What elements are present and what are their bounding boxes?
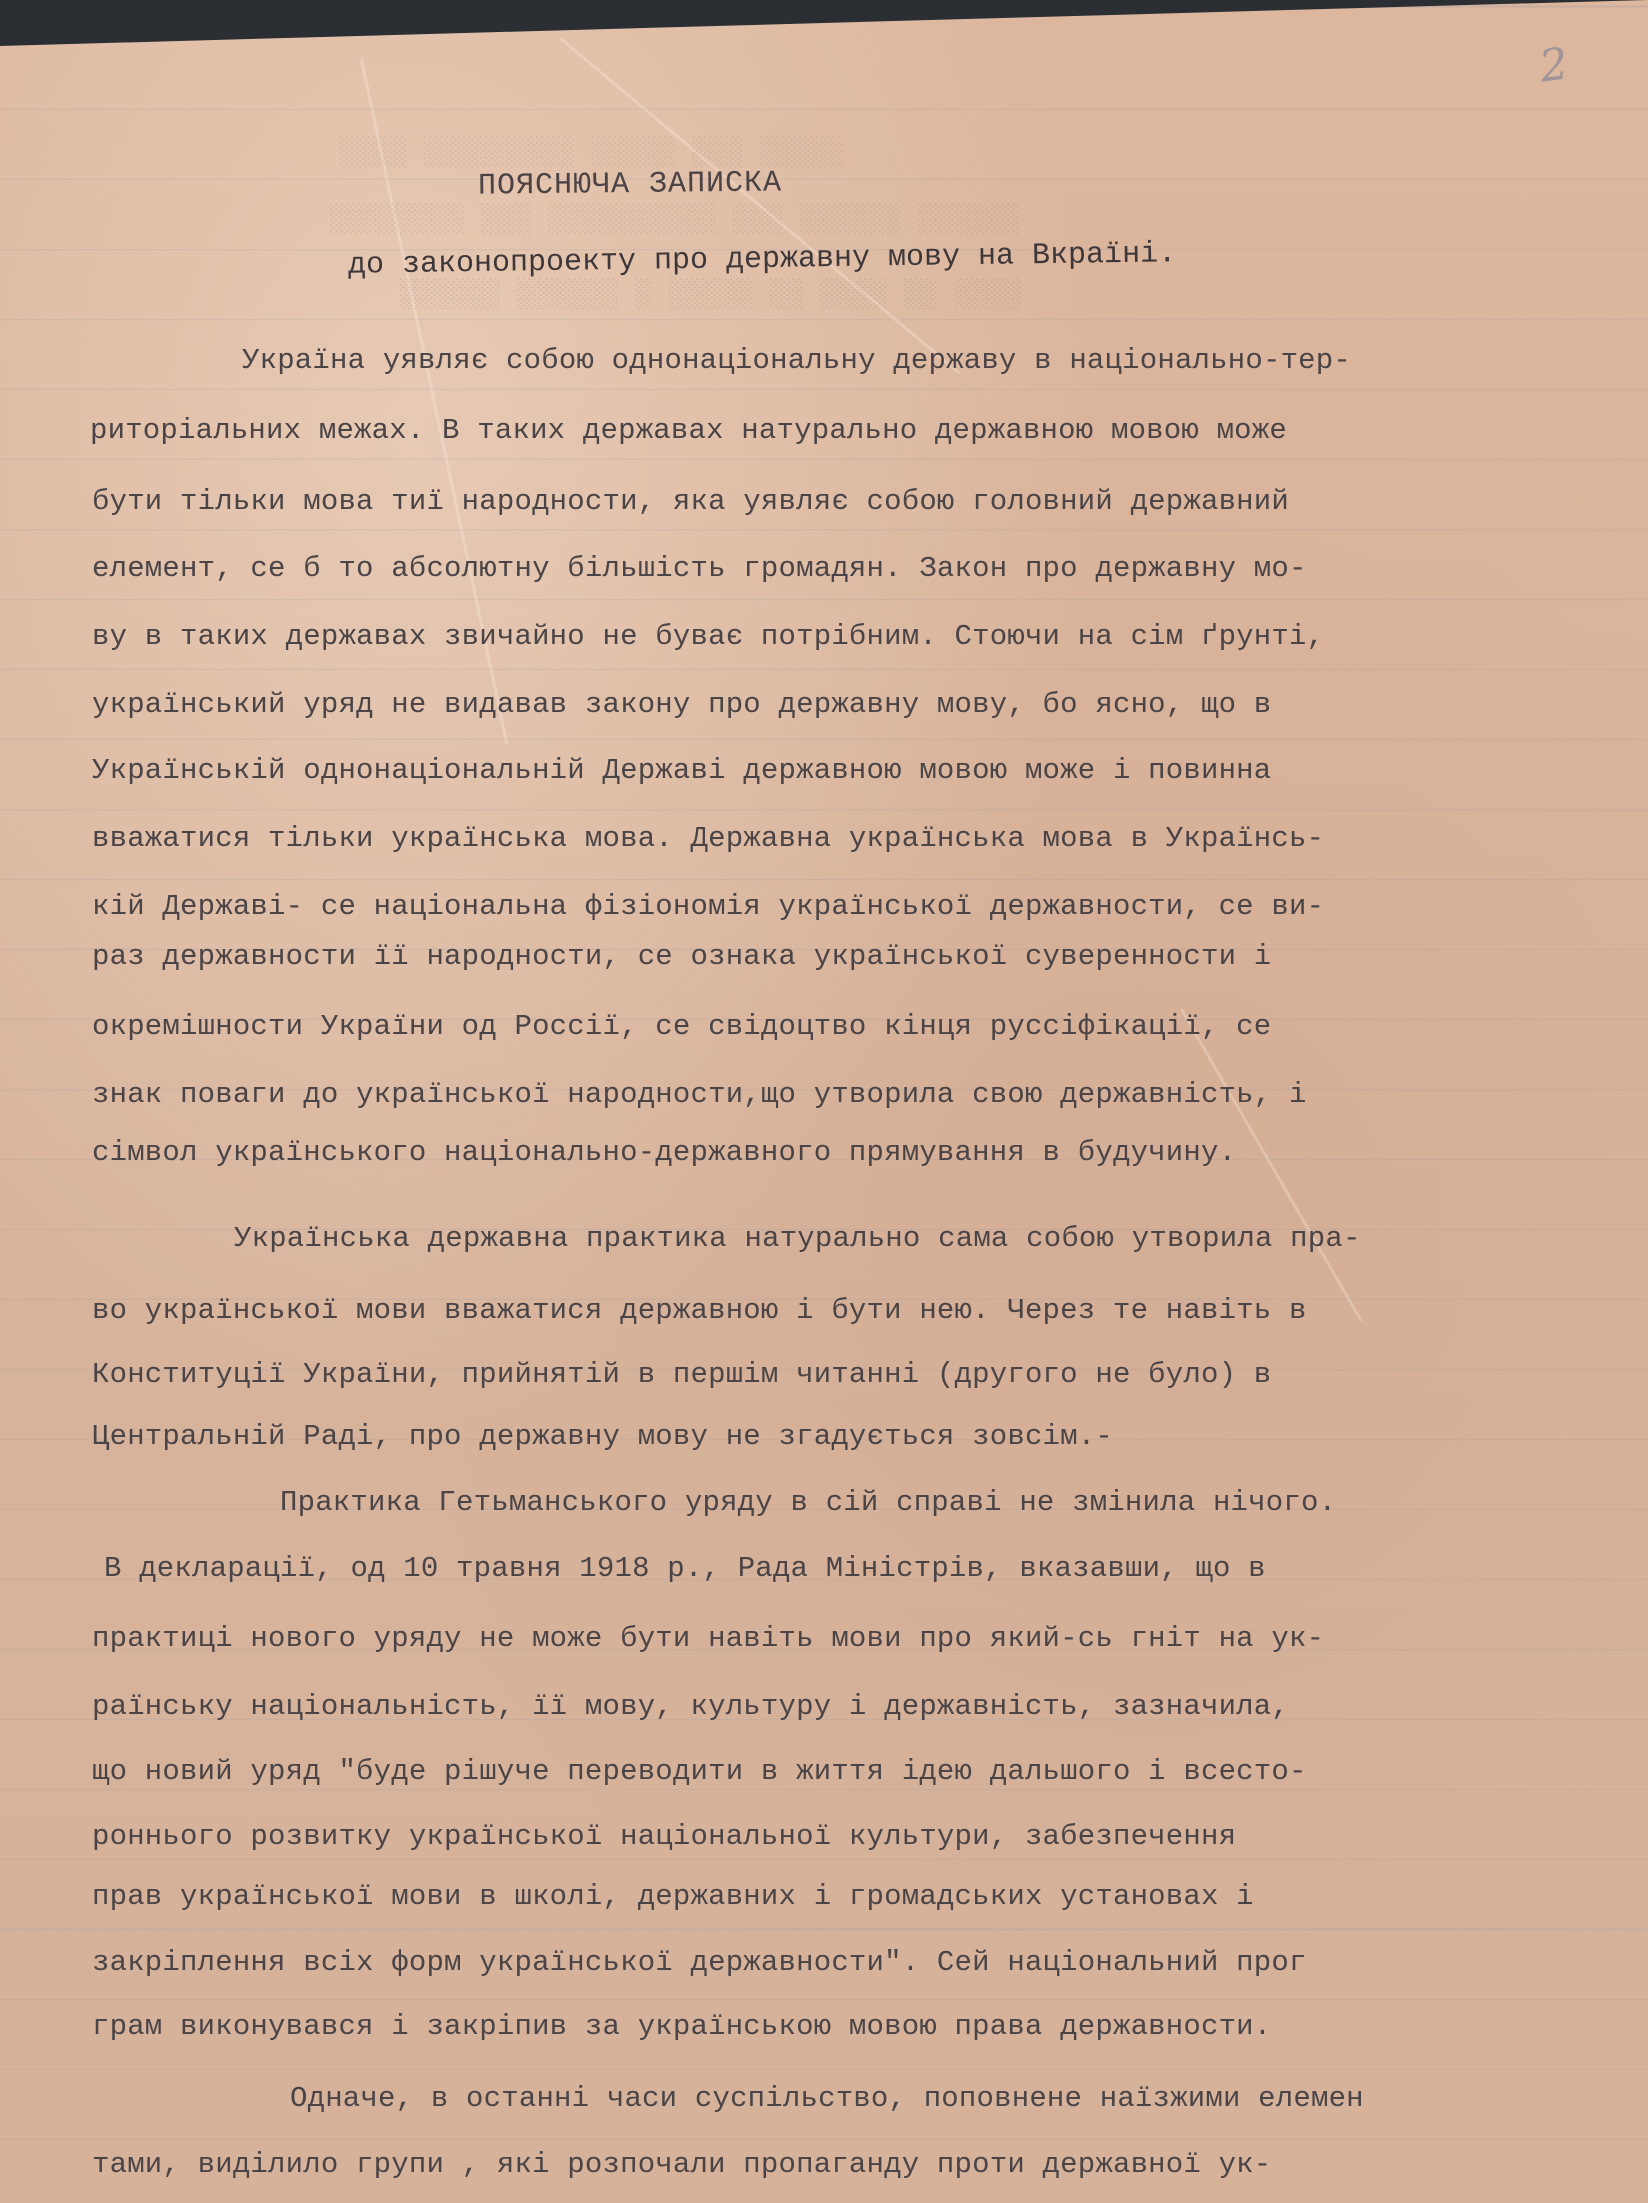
text-line: окремішности України од Россії, се свідо… bbox=[92, 1010, 1271, 1043]
text-line: Українській однонаціональній Державі дер… bbox=[92, 754, 1271, 787]
document-page: ░░░░ ░░░░░░░░░ ░░░░░ ░░░ ░░░░░ ░░░░░░░░ … bbox=[0, 0, 1648, 2203]
text-line: практиці нового уряду не може бути навіт… bbox=[92, 1622, 1324, 1655]
text-line: Центральній Раді, про державну мову не з… bbox=[92, 1420, 1113, 1453]
text-line: ву в таких державах звичайно не буває по… bbox=[92, 620, 1324, 653]
document-subtitle: до законопроекту про державну мову на Вк… bbox=[348, 237, 1177, 283]
text-line: Конституції України, прийнятій в першім … bbox=[92, 1358, 1271, 1391]
text-line: сімвол українського національно-державно… bbox=[92, 1136, 1236, 1169]
text-line: риторіальних межах. В таких державах нат… bbox=[90, 414, 1287, 447]
text-line: Україна уявляє собою однонаціональну дер… bbox=[242, 344, 1351, 377]
text-line: знак поваги до української народности,що… bbox=[92, 1078, 1307, 1111]
bleed-through-text: ░░░░ ░░░░░░░░░ ░░░░░ ░░░ ░░░░░ bbox=[340, 138, 844, 169]
text-line: український уряд не видавав закону про д… bbox=[92, 688, 1271, 721]
document-title: ПОЯСНЮЧА ЗАПИСКА bbox=[478, 166, 782, 203]
text-line: Українська державна практика натурально … bbox=[234, 1222, 1361, 1255]
text-line: закріплення всіх форм української держав… bbox=[92, 1946, 1307, 1979]
text-line: Практика Гетьманського уряду в сій справ… bbox=[280, 1486, 1336, 1519]
text-line: роннього розвитку української національн… bbox=[92, 1820, 1236, 1853]
text-line: кій Державі- се національна фізіономія у… bbox=[92, 890, 1324, 923]
text-line: що новий уряд "буде рішуче переводити в … bbox=[92, 1755, 1307, 1788]
text-line: В декларації, од 10 травня 1918 р., Рада… bbox=[104, 1552, 1266, 1585]
text-line: Одначе, в останні часи суспільство, попо… bbox=[290, 2082, 1364, 2115]
bleed-through-text: ░░░░░░ ░░░░░░ ░ ░░░░░ ░░ ░░░░ ░░ ░░░░ bbox=[400, 280, 1022, 311]
text-line: раз державности її народности, се ознака… bbox=[92, 940, 1271, 973]
text-line: елемент, се б то абсолютну більшість гро… bbox=[92, 552, 1307, 585]
text-line: бути тільки мова тиї народности, яка уяв… bbox=[92, 485, 1289, 518]
text-line: грам виконувався і закріпив за українськ… bbox=[92, 2010, 1271, 2043]
text-line: тами, виділило групи , які розпочали про… bbox=[92, 2148, 1271, 2181]
text-line: прав української мови в школі, державних… bbox=[92, 1880, 1254, 1913]
bleed-through-text: ░░░░░░░░ ░░░ ░░░░░░░░░░ ░░░ ░░░░░░ ░░░░░… bbox=[330, 205, 1019, 236]
text-line: раїнську національність, її мову, культу… bbox=[92, 1690, 1289, 1723]
handwritten-page-number: 2 bbox=[1537, 38, 1572, 92]
text-line: вважатися тільки українська мова. Держав… bbox=[92, 822, 1324, 855]
text-line: во української мови вважатися державною … bbox=[92, 1294, 1307, 1327]
